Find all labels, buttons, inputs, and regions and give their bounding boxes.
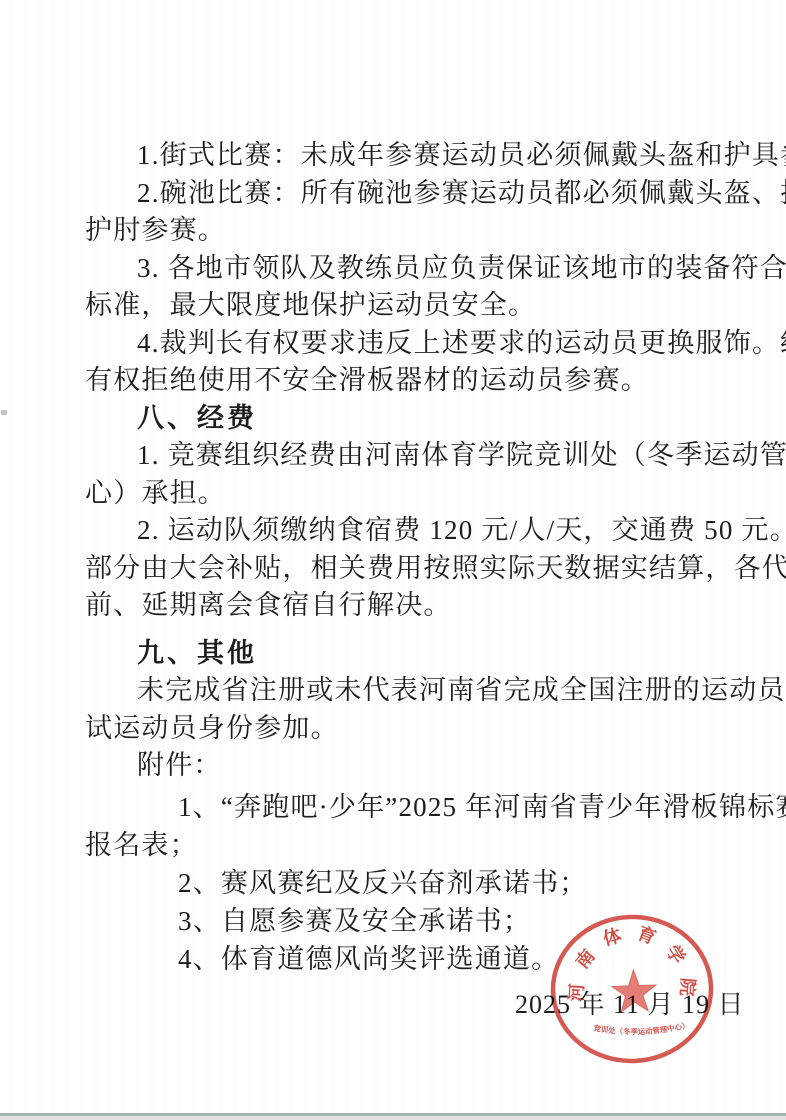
doc-line: 前、延期离会食宿自行解决。 — [85, 587, 707, 625]
document-body: 1.街式比赛：未成年参赛运动员必须佩戴头盔和护具参赛。 2.碗池比赛：所有碗池参… — [85, 137, 707, 978]
attachment-item-wrap: 报名表； — [85, 826, 707, 864]
scan-page-edge — [0, 1113, 786, 1120]
section-heading-other: 九、其他 — [85, 635, 707, 673]
doc-line: 试运动员身份参加。 — [85, 710, 707, 748]
section-heading-funding: 八、经费 — [85, 400, 707, 438]
attachments-label: 附件： — [85, 747, 707, 785]
doc-line: 1.街式比赛：未成年参赛运动员必须佩戴头盔和护具参赛。 — [85, 137, 707, 175]
attachment-item: 2、赛风赛纪及反兴奋剂承诺书； — [85, 864, 707, 902]
doc-line: 2.碗池比赛：所有碗池参赛运动员都必须佩戴头盔、护膝和 — [85, 175, 707, 213]
doc-line: 标准，最大限度地保护运动员安全。 — [85, 287, 707, 325]
doc-line: 3. 各地市领队及教练员应负责保证该地市的装备符合安全 — [85, 250, 707, 288]
scan-speck — [1, 410, 7, 415]
doc-line: 部分由大会补贴，相关费用按照实际天数据实结算，各代表队提 — [85, 550, 707, 588]
doc-line: 4.裁判长有权要求违反上述要求的运动员更换服饰。组委会 — [85, 325, 707, 363]
scan-speck — [97, 382, 100, 385]
doc-line: 1. 竞赛组织经费由河南体育学院竞训处（冬季运动管理中 — [85, 437, 707, 475]
doc-line: 心）承担。 — [85, 475, 707, 513]
official-seal: 河南体育学院 竞训处（冬季运动管理中心） — [548, 906, 720, 1072]
attachment-item: 1、“奔跑吧·少年”2025 年河南省青少年滑板锦标赛 — [85, 788, 707, 826]
doc-line: 护肘参赛。 — [85, 212, 707, 250]
document-page: 1.街式比赛：未成年参赛运动员必须佩戴头盔和护具参赛。 2.碗池比赛：所有碗池参… — [0, 0, 786, 1120]
doc-line: 未完成省注册或未代表河南省完成全国注册的运动员以测 — [85, 672, 707, 710]
doc-line: 2. 运动队须缴纳食宿费 120 元/人/天，交通费 50 元。不足 — [85, 512, 707, 550]
seal-star-icon — [611, 969, 656, 1012]
seal-bottom-label: 竞训处（冬季运动管理中心） — [592, 1019, 690, 1038]
doc-line: 有权拒绝使用不安全滑板器材的运动员参赛。 — [85, 362, 707, 400]
